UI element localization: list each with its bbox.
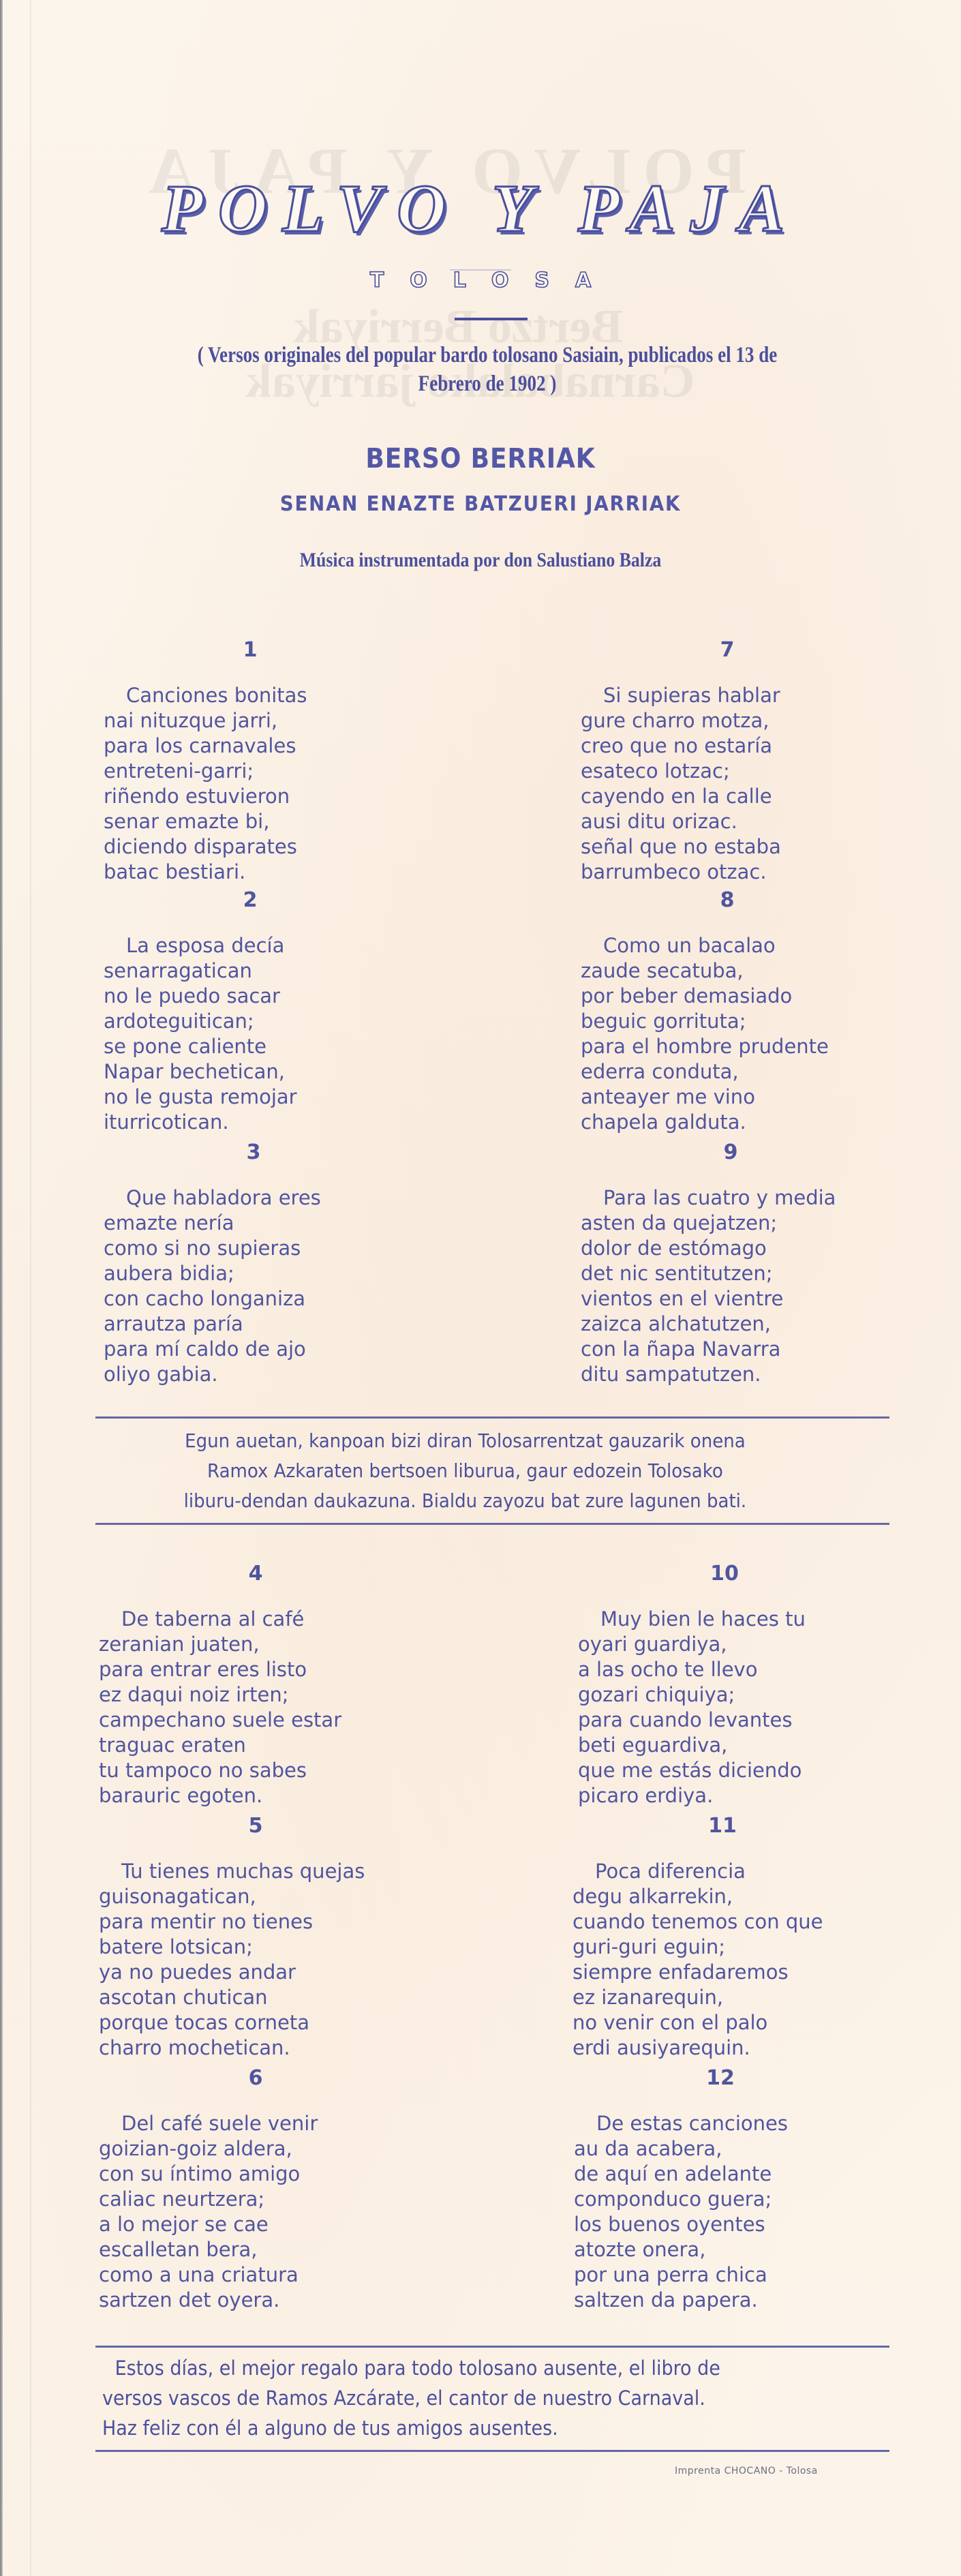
verse-number: 2 [104,888,397,913]
verse-2: 2 La esposa decíasenarragaticanno le pue… [104,888,397,1135]
verse-line: senar emazte bi, [104,809,397,834]
verse-line: ya no puedes andar [99,1960,412,1985]
verse-line: por una perra chica [574,2262,867,2288]
paper-fold [30,0,31,2576]
verse-1: 1 Canciones bonitasnai nituzque jarri,pa… [104,637,397,885]
verse-line: Napar bechetican, [104,1059,397,1085]
verse-line: De estas canciones [574,2111,867,2136]
verse-line: atozte onera, [574,2237,867,2262]
verse-line: ausi ditu orizac. [581,809,874,834]
verse-line: Como un bacalao [581,933,874,958]
verse-line: saltzen da papera. [574,2288,867,2313]
verse-line: a lo mejor se cae [99,2212,412,2237]
verse-line: Canciones bonitas [104,683,397,708]
intro-note: ( Versos originales del popular bardo to… [172,341,804,398]
verse-line: ditu sampatutzen. [581,1362,881,1387]
verse-lines: De taberna al cafézeranian juaten,para e… [99,1607,412,1808]
verse-line: ascotan chutican [99,1985,412,2010]
verse-line: Que habladora eres [104,1185,403,1211]
verse-line: por beber demasiado [581,984,874,1009]
verse-line: ez izanarequin, [573,1985,872,2010]
verse-line: charro mochetican. [99,2035,412,2061]
notice-line: Egun auetan, kanpoan bizi diran Tolosarr… [102,1426,828,1456]
verse-line: gozari chiquiya; [578,1682,871,1708]
verse-line: guisonagatican, [99,1884,412,1909]
notice2-rule-bottom [95,2450,889,2452]
verse-line: ez daqui noiz irten; [99,1682,412,1708]
verse-5: 5 Tu tienes muchas quejasguisonagatican,… [99,1813,412,2061]
verse-lines: Del café suele venirgoizian-goiz aldera,… [99,2111,412,2313]
verse-4: 4 De taberna al cafézeranian juaten,para… [99,1561,412,1808]
verse-6: 6 Del café suele venirgoizian-goiz alder… [99,2065,412,2313]
verse-line: con su íntimo amigo [99,2162,412,2187]
music-credit: Música instrumentada por don Salustiano … [67,549,894,572]
verse-line: creo que no estaría [581,733,874,759]
verse-line: campechano suele estar [99,1708,412,1733]
notice-line: Haz feliz con él a alguno de tus amigos … [102,2413,832,2443]
verse-lines: Que habladora eresemazte neríacomo si no… [104,1185,403,1387]
verse-number: 4 [99,1561,412,1586]
verse-line: traguac eraten [99,1733,412,1758]
verse-line: sartzen det oyera. [99,2288,412,2313]
verse-lines: De estas cancionesau da acabera,de aquí … [574,2111,867,2313]
verse-line: batere lotsican; [99,1935,412,1960]
verse-line: barauric egoten. [99,1783,412,1808]
verse-line: escalletan bera, [99,2237,412,2262]
verse-line: barrumbeco otzac. [581,860,874,885]
verse-line: dolor de estómago [581,1236,881,1261]
verse-line: que me estás diciendo [578,1758,871,1783]
title-divider [455,318,528,320]
verse-line: De taberna al café [99,1607,412,1632]
paper-edge [0,0,3,2576]
document-title: POLVO Y PAJA [0,169,961,247]
verse-line: Para las cuatro y media [581,1185,881,1211]
printer-imprint: Imprenta CHOCANO - Tolosa [675,2466,818,2476]
verse-line: Muy bien le haces tu [578,1607,871,1632]
verse-10: 10 Muy bien le haces tuoyari guardiya,a … [578,1561,871,1808]
verse-line: nai nituzque jarri, [104,708,397,733]
verse-line: no venir con el palo [573,2010,872,2035]
verse-line: iturricotican. [104,1110,397,1135]
verse-line: Del café suele venir [99,2111,412,2136]
notice-lines: Estos días, el mejor regalo para todo to… [102,2353,832,2443]
verse-number: 3 [104,1140,403,1165]
verse-line: det nic sentitutzen; [581,1261,881,1286]
verse-line: Poca diferencia [573,1859,872,1884]
verse-number: 5 [99,1813,412,1838]
verse-line: tu tampoco no sabes [99,1758,412,1783]
verse-line: beguic gorrituta; [581,1009,874,1034]
notice-line: versos vascos de Ramos Azcárate, el cant… [102,2383,832,2413]
verse-line: como a una criatura [99,2262,412,2288]
section-subheading: SENAN ENAZTE BATZUERI JARRIAK [38,492,922,516]
notice-line: liburu-dendan daukazuna. Bialdu zayozu b… [102,1486,828,1516]
notice-spanish: Estos días, el mejor regalo para todo to… [102,2353,832,2443]
verse-line: para mí caldo de ajo [104,1337,403,1362]
verse-8: 8 Como un bacalaozaude secatuba,por bebe… [581,888,874,1135]
verse-line: los buenos oyentes [574,2212,867,2237]
verse-line: para mentir no tienes [99,1909,412,1935]
verse-number: 8 [581,888,874,913]
verse-line: señal que no estaba [581,834,874,860]
verse-lines: Si supieras hablargure charro motza,creo… [581,683,874,885]
verse-line: porque tocas corneta [99,2010,412,2035]
verse-line: zaizca alchatutzen, [581,1312,881,1337]
notice-rule-top [95,1416,889,1419]
verse-line: emazte nería [104,1211,403,1236]
verse-line: caliac neurtzera; [99,2187,412,2212]
verse-line: gure charro motza, [581,708,874,733]
town-name: TOLOSA [0,269,961,292]
verse-line: para los carnavales [104,733,397,759]
verse-line: ardoteguitican; [104,1009,397,1034]
verse-line: anteayer me vino [581,1085,874,1110]
verse-3: 3 Que habladora eresemazte neríacomo si … [104,1140,403,1387]
verse-lines: Tu tienes muchas quejasguisonagatican,pa… [99,1859,412,2061]
verse-12: 12 De estas cancionesau da acabera,de aq… [574,2065,867,2313]
verse-line: arrautza paría [104,1312,403,1337]
verse-line: oyari guardiya, [578,1632,871,1657]
verse-number: 12 [574,2065,867,2091]
notice-line: Ramox Azkaraten bertsoen liburua, gaur e… [102,1456,828,1486]
verse-line: componduco guera; [574,2187,867,2212]
verse-line: riñendo estuvieron [104,784,397,809]
verse-line: Tu tienes muchas quejas [99,1859,412,1884]
verse-number: 1 [104,637,397,663]
verse-line: a las ocho te llevo [578,1657,871,1682]
verse-line: para entrar eres listo [99,1657,412,1682]
verse-number: 7 [581,637,874,663]
notice-rule-bottom [95,1523,889,1525]
verse-line: para cuando levantes [578,1708,871,1733]
verse-lines: Como un bacalaozaude secatuba,por beber … [581,933,874,1135]
verse-line: beti eguardiva, [578,1733,871,1758]
verse-line: no le puedo sacar [104,984,397,1009]
verse-11: 11 Poca diferenciadegu alkarrekin,cuando… [573,1813,872,2061]
verse-9: 9 Para las cuatro y mediaasten da quejat… [581,1140,881,1387]
verse-lines: Poca diferenciadegu alkarrekin,cuando te… [573,1859,872,2061]
section-heading: BERSO BERRIAK [48,443,913,474]
verse-line: siempre enfadaremos [573,1960,872,1985]
verse-number: 9 [581,1140,881,1165]
verse-line: goizian-goiz aldera, [99,2136,412,2162]
verse-line: au da acabera, [574,2136,867,2162]
verse-line: erdi ausiyarequin. [573,2035,872,2061]
verse-line: se pone caliente [104,1034,397,1059]
verse-lines: Canciones bonitasnai nituzque jarri,para… [104,683,397,885]
notice-line: Estos días, el mejor regalo para todo to… [102,2353,832,2383]
notice2-rule-top [95,2346,889,2348]
verse-7: 7 Si supieras hablargure charro motza,cr… [581,637,874,885]
verse-number: 6 [99,2065,412,2091]
verse-line: ederra conduta, [581,1059,874,1085]
notice-lines: Egun auetan, kanpoan bizi diran Tolosarr… [102,1426,828,1516]
verse-line: zaude secatuba, [581,958,874,984]
verse-line: entreteni-garri; [104,759,397,784]
verse-line: picaro erdiya. [578,1783,871,1808]
verse-line: cuando tenemos con que [573,1909,872,1935]
verse-line: para el hombre prudente [581,1034,874,1059]
verse-line: chapela galduta. [581,1110,874,1135]
verse-line: degu alkarrekin, [573,1884,872,1909]
verse-line: cayendo en la calle [581,784,874,809]
verse-line: senarragatican [104,958,397,984]
verse-lines: Para las cuatro y mediaasten da quejatze… [581,1185,881,1387]
verse-line: con la ñapa Navarra [581,1337,881,1362]
verse-line: aubera bidia; [104,1261,403,1286]
verse-number: 10 [578,1561,871,1586]
verse-lines: La esposa decíasenarragaticanno le puedo… [104,933,397,1135]
verse-line: vientos en el vientre [581,1286,881,1312]
verse-line: La esposa decía [104,933,397,958]
verse-line: de aquí en adelante [574,2162,867,2187]
verse-line: con cacho longaniza [104,1286,403,1312]
verse-line: esateco lotzac; [581,759,874,784]
verse-line: oliyo gabia. [104,1362,403,1387]
verse-line: batac bestiari. [104,860,397,885]
verse-line: asten da quejatzen; [581,1211,881,1236]
notice-basque: Egun auetan, kanpoan bizi diran Tolosarr… [102,1426,828,1516]
verse-line: guri-guri eguin; [573,1935,872,1960]
verse-line: Si supieras hablar [581,683,874,708]
verse-line: como si no supieras [104,1236,403,1261]
verse-line: diciendo disparates [104,834,397,860]
verse-number: 11 [573,1813,872,1838]
verse-lines: Muy bien le haces tuoyari guardiya,a las… [578,1607,871,1808]
verse-line: no le gusta remojar [104,1085,397,1110]
verse-line: zeranian juaten, [99,1632,412,1657]
